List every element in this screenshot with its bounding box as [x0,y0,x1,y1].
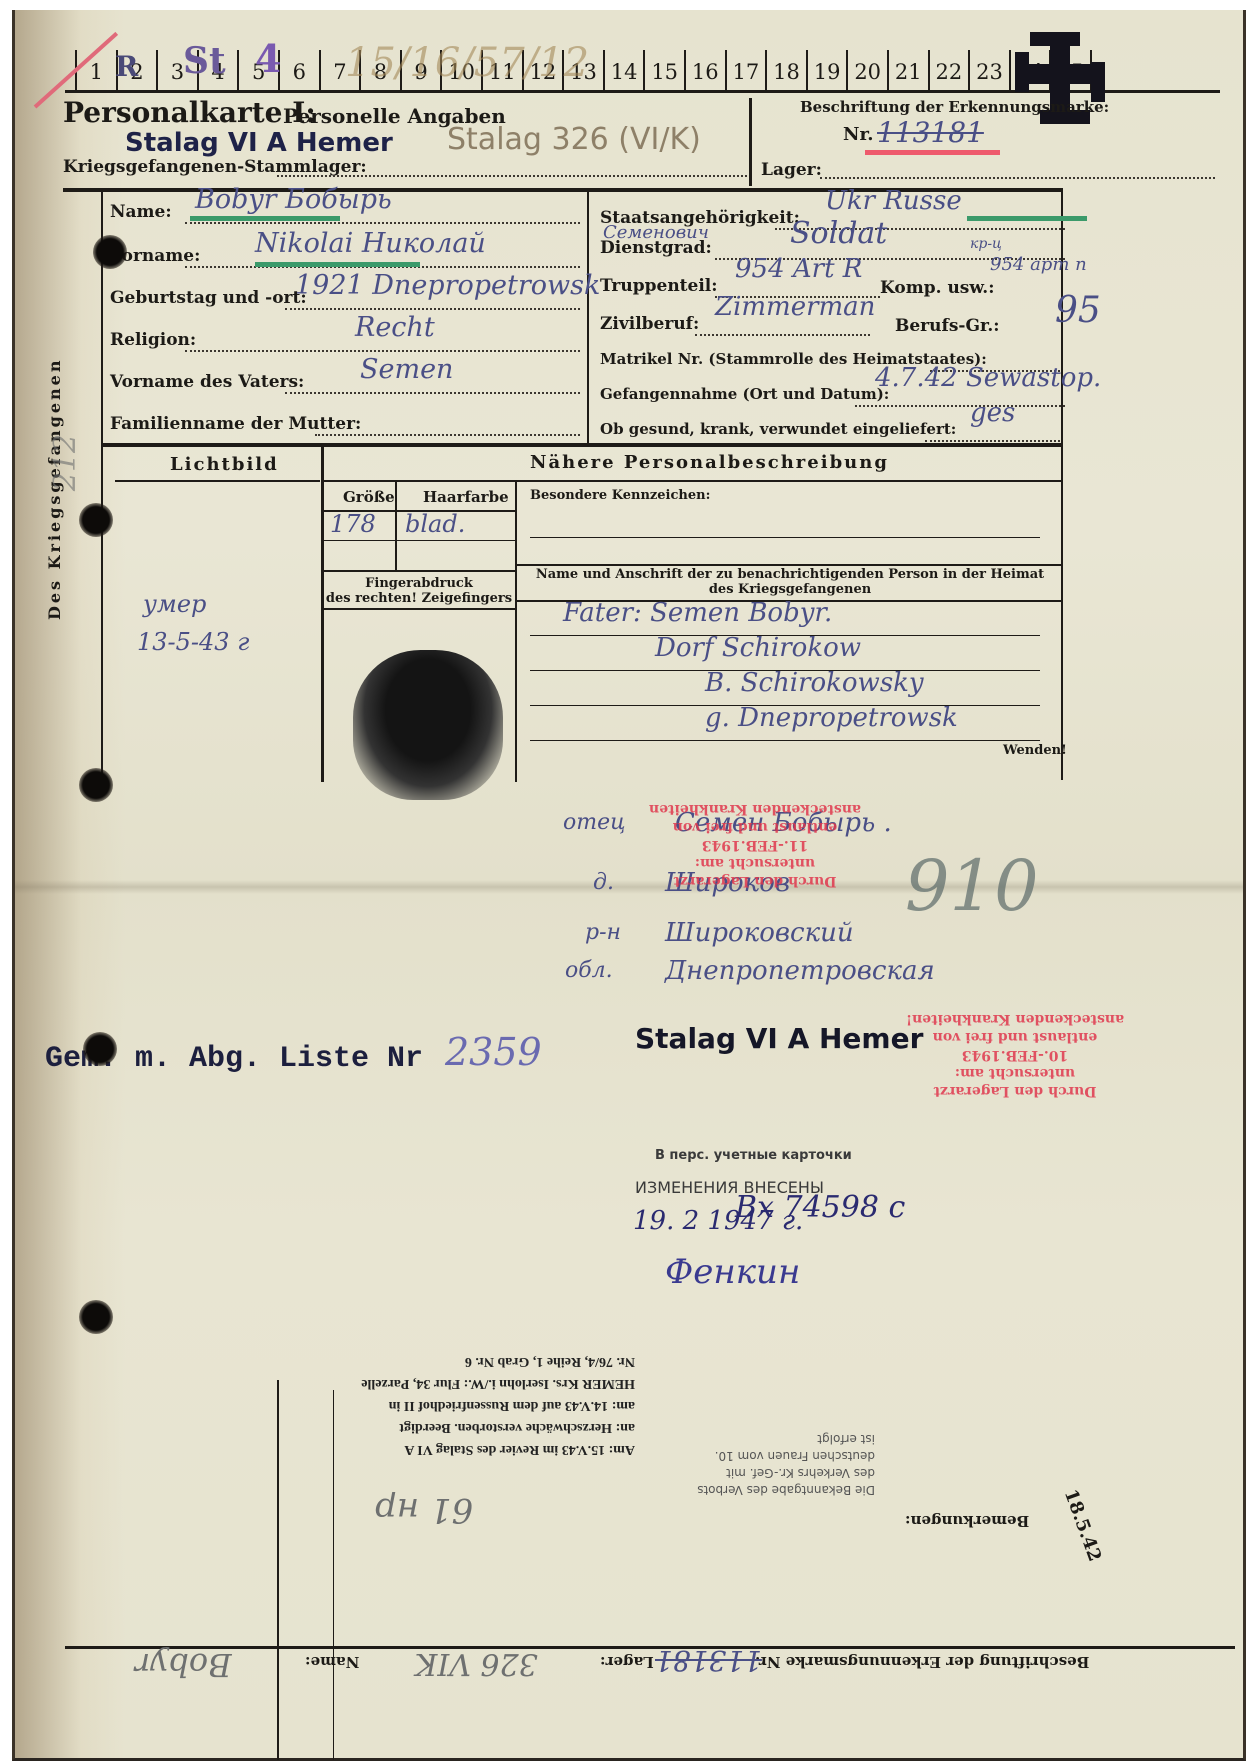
field-value[interactable]: Zimmerman [715,292,875,322]
field-label: Berufs-Gr.: [895,316,1000,336]
hair-value: blad. [405,510,465,538]
field-value[interactable]: Semen [360,354,453,385]
camp-handwritten: Stalag 326 (VI/K) [447,122,701,157]
description-heading: Nähere Personalbeschreibung [530,452,889,473]
fingerprint-image [353,650,503,800]
strip-number: 16 [686,55,725,89]
photo-label: Lichtbild [170,454,279,475]
field-value[interactable]: 954 Art R [735,254,862,284]
field-label: Ob gesund, krank, verwundet eingeliefert… [600,420,956,438]
notice-stamp: Die Bekanntgabe des Verbots des Verkehrs… [585,1430,875,1498]
strip-number: 22 [930,55,969,89]
prisoner-personnel-card: 1234567891011121314151617181920212223242… [12,10,1246,1761]
strip-number: 18 [767,55,806,89]
field-label: Familienname der Mutter: [110,414,361,434]
hair-label: Haarfarbe [423,488,509,506]
binder-hole [83,1032,117,1066]
notify-address-line: Fater: Semen Bobyr. [563,598,832,628]
strip-mark-r: R [115,50,138,83]
notify-address-line: Dorf Schirokow [655,633,861,663]
pencil-note: 61 нр [375,1490,473,1530]
pencil-mark: 910 [905,845,1039,927]
russian-line-prefix: р-н [585,920,621,945]
field-value[interactable]: Soldat [790,216,887,251]
tag-nr-label: Nr. [843,124,874,145]
field-label: Gefangennahme (Ort und Datum): [600,385,889,403]
death-record: Am: 15.V.43 im Revier des Stalag VI A an… [185,1350,635,1460]
field-value[interactable]: Ukr Russe [825,186,962,216]
strip-number: 23 [970,55,1009,89]
notify-address-line: B. Schirokowsky [705,668,924,698]
binder-hole [79,1300,113,1334]
russian-line-prefix: обл. [565,958,613,983]
russian-line-prefix: д. [593,870,614,895]
tag-nr-value: 113181 [877,116,984,149]
height-label: Größe [343,488,395,506]
red-stamp-lagerarzt-2: Durch den Lagerarzt untersucht am: 10.-F… [895,1010,1135,1100]
red-stamp-lagerarzt-1: Durch den Lagerarzt untersucht am: 11.-F… [635,800,875,890]
tag-value-upside: 113181 [655,1644,762,1677]
field-label: Komp. usw.: [880,278,995,298]
name-label-upside: Name: [305,1653,359,1671]
camp-label: Kriegsgefangenen-Stammlager: [63,157,367,177]
field-value[interactable]: 4.7.42 Sewastop. [875,363,1101,393]
strip-number: 19 [808,55,847,89]
lager-value-upside: 326 VIK [415,1646,538,1681]
field-value[interactable]: ges [970,398,1015,428]
binder-hole [79,503,113,537]
strip-mark-st: St [183,40,226,82]
list-number: 2359 [445,1030,542,1074]
height-value: 178 [330,510,376,538]
tag-label-upside: Beschriftung der Erkennungsmarke Nr. [755,1653,1089,1671]
side-number: 212 [48,434,83,491]
notify-label: Name und Anschrift der zu benachrichtige… [517,567,1063,597]
field-label: Name: [110,202,172,222]
remarks-label: Bemerkungen: [905,1512,1029,1530]
notify-address-line: g. Dnepropetrowsk [705,703,958,733]
strip-number: 6 [280,55,319,89]
field-value[interactable]: Nikolai Николай [255,228,486,259]
field-value[interactable]: 1921 Dnepropetrowsk [295,270,600,301]
card-title: Personalkarte I: [63,96,316,129]
date-stamp: 18.5.42 [1060,1487,1105,1565]
field-value[interactable]: Recht [355,312,435,343]
lager-label: Lager: [761,160,822,180]
binder-hole [79,768,113,802]
photo-note-died: умер [143,590,206,618]
field-value[interactable]: 95 [1055,290,1101,331]
camp-stamp: Stalag VI A Hemer [125,128,393,158]
signature: Фенкин [665,1252,800,1292]
russian-line-text: Днепропетровская [665,956,935,986]
field-label: Religion: [110,330,196,350]
field-label: Truppenteil: [600,276,718,296]
strip-number: 17 [727,55,766,89]
tag-heading: Beschriftung der Erkennungsmarke: [800,98,1109,116]
strip-number: 20 [848,55,887,89]
field-value[interactable]: Bobyr Бобырь [195,184,392,215]
patronymic-note: Семенович [603,222,709,243]
strip-number: 15 [645,55,684,89]
name-value-upside: Bobyr [135,1646,232,1684]
binder-hole [93,235,127,269]
russian-line-prefix: отец [563,810,625,835]
ru-stamp-line-1: В перс. учетные карточки [655,1148,852,1163]
turn-label: Wenden! [1003,743,1067,758]
strip-number: 14 [605,55,644,89]
lager-label-upside: Lager: [600,1653,654,1671]
field-label: Zivilberuf: [600,314,699,334]
strip-mark-a: 4 [255,36,281,81]
russian-line-text: Широковский [665,918,854,948]
photo-note-date: 13-5-43 г [137,628,249,656]
strip-handwritten: 15/16/57/12 [345,40,589,86]
camp-stamp-lower: Stalag VI A Hemer [635,1022,923,1055]
fingerprint-label: Fingerabdruck des rechten! Zeigefingers [323,576,515,606]
rank-note: кр-ц [970,236,1002,252]
field-label: Geburtstag und -ort: [110,288,307,308]
field-value[interactable]: 954 арт п [990,254,1087,275]
ru-stamp-number: Вх 74598 с [735,1190,905,1225]
strip-number: 21 [889,55,928,89]
marks-label: Besondere Kennzeichen: [530,488,710,503]
field-label: Vorname des Vaters: [110,372,304,392]
